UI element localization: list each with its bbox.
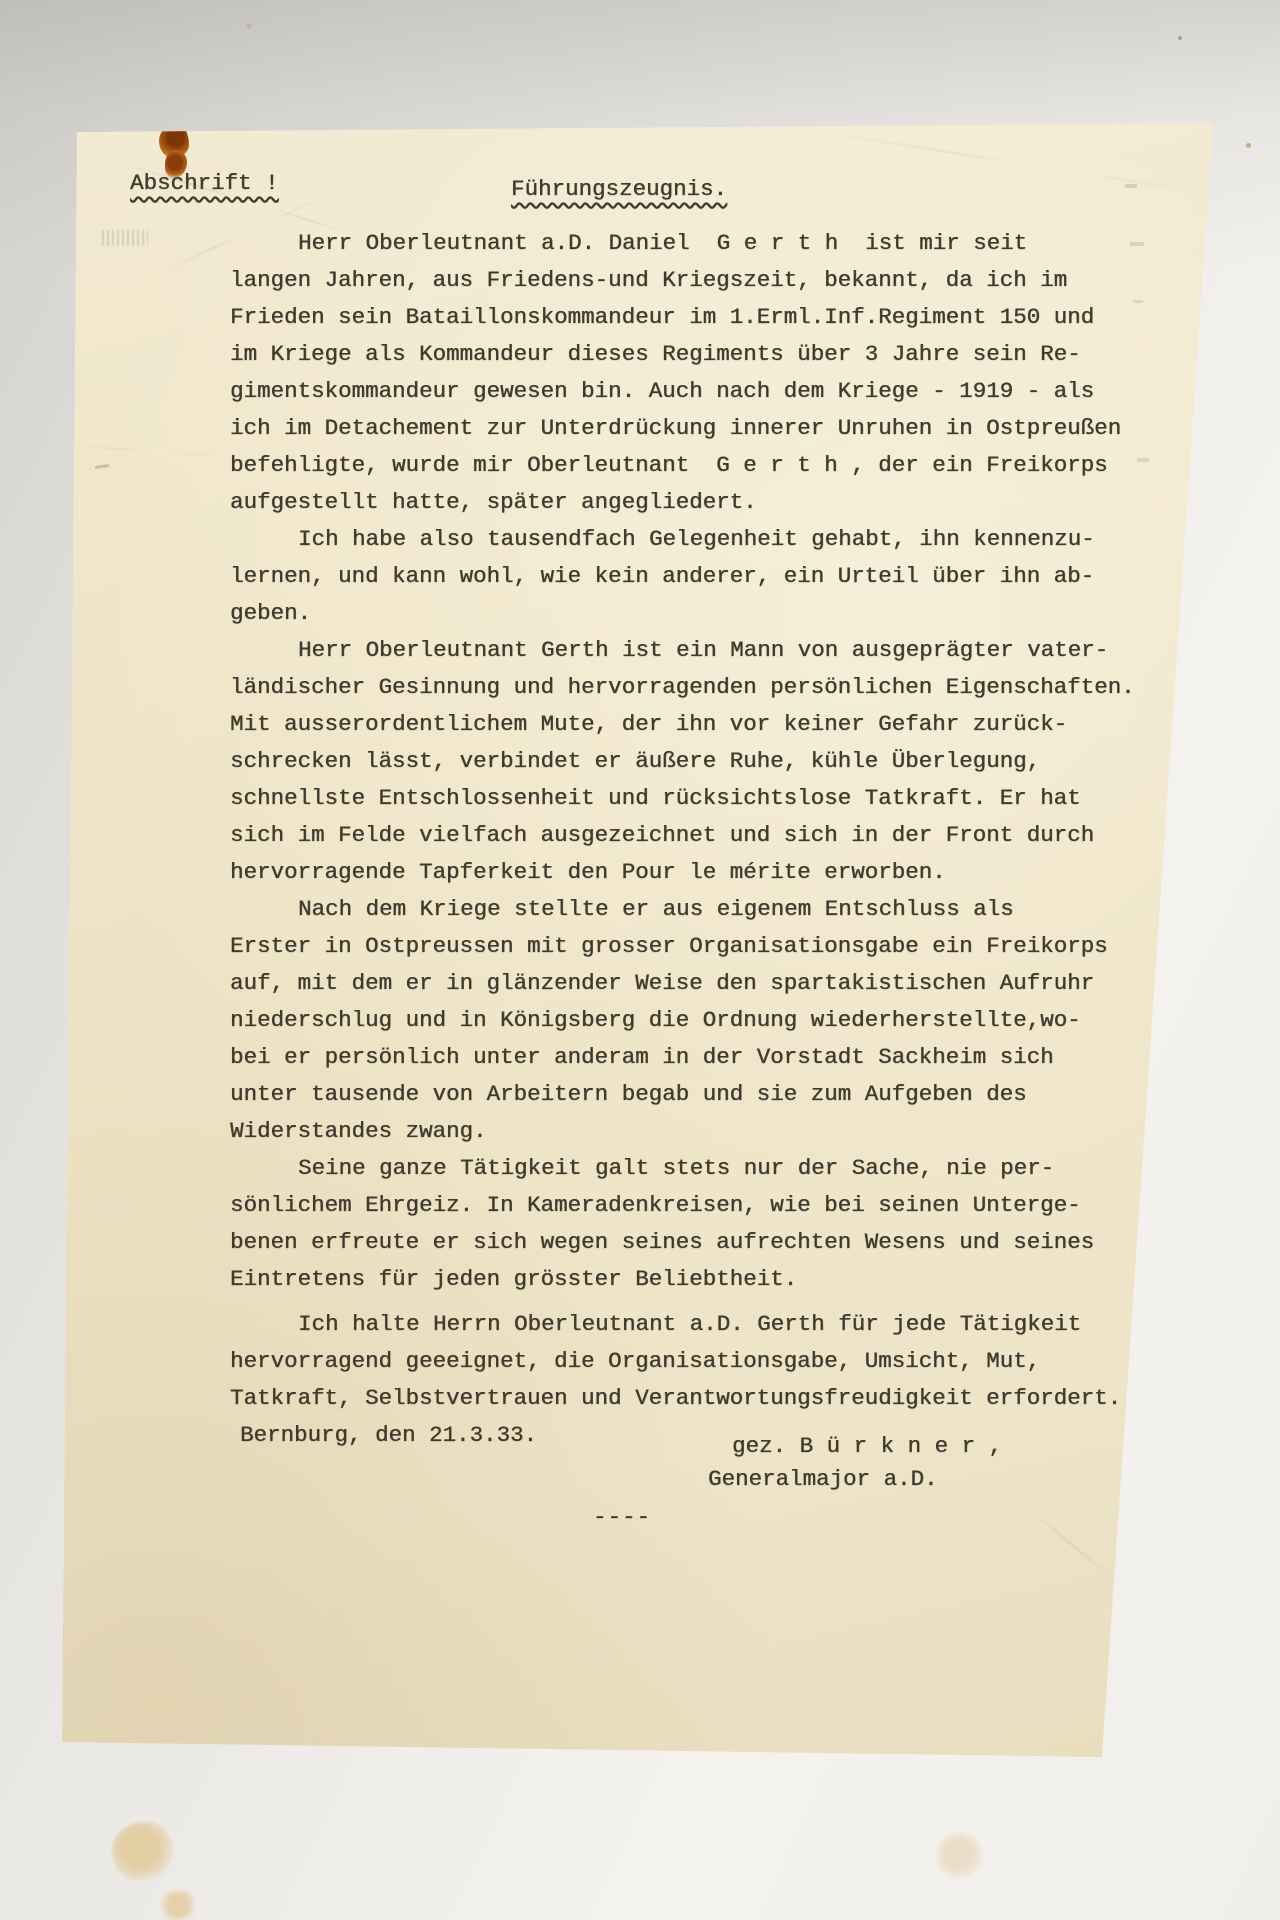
document-page: Abschrift ! Führungszeugnis. Herr Oberle… (62, 120, 1216, 1759)
paragraph: Ich habe also tausendfach Gelegenheit ge… (230, 521, 1190, 632)
text-line: schnellste Entschlossenheit und rücksich… (230, 780, 1190, 817)
text-line: hervorragende Tapferkeit den Pour le mér… (230, 854, 1190, 891)
text-line: niederschlug und in Königsberg die Ordnu… (230, 1002, 1190, 1039)
margin-mark (1125, 184, 1137, 188)
document-body: Herr Oberleutnant a.D. Daniel G e r t h … (230, 225, 1190, 1717)
paragraph: Nach dem Kriege stellte er aus eigenem E… (230, 891, 1190, 1150)
text-line: bei er persönlich unter anderam in der V… (230, 1039, 1190, 1076)
text-line: Ich halte Herrn Oberleutnant a.D. Gerth … (230, 1306, 1190, 1343)
dust-speck (1178, 36, 1182, 40)
text-line: ländischer Gesinnung und hervorragenden … (230, 669, 1190, 706)
text-line: langen Jahren, aus Friedens-und Kriegsze… (230, 262, 1190, 299)
paragraph: Herr Oberleutnant Gerth ist ein Mann von… (230, 632, 1190, 891)
text-line: Erster in Ostpreussen mit grosser Organi… (230, 928, 1190, 965)
backing-sheet-stain (935, 1832, 983, 1878)
document-title: Führungszeugnis. (511, 176, 727, 202)
scan-background: Abschrift ! Führungszeugnis. Herr Oberle… (0, 0, 1280, 1920)
ink-smudge (102, 230, 148, 246)
text-line: sich im Felde vielfach ausgezeichnet und… (230, 817, 1190, 854)
text-line: hervorragend geeeignet, die Organisation… (230, 1343, 1190, 1380)
text-line: sönlichem Ehrgeiz. In Kameradenkreisen, … (230, 1187, 1190, 1224)
signature-name: gez. B ü r k n e r , (732, 1428, 1002, 1465)
crease-line (74, 445, 224, 457)
text-line: benen erfreute er sich wegen seines aufr… (230, 1224, 1190, 1261)
text-line: befehligte, wurde mir Oberleutnant G e r… (230, 447, 1190, 484)
text-line: Frieden sein Bataillonskommandeur im 1.E… (230, 299, 1190, 336)
dust-speck (1246, 143, 1251, 148)
text-line: Tatkraft, Selbstvertrauen und Verantwort… (230, 1380, 1190, 1417)
closing-block: Bernburg, den 21.3.33. gez. B ü r k n e … (230, 1417, 1190, 1717)
end-dashes: ---- (593, 1499, 651, 1536)
backing-sheet-stain (158, 1890, 198, 1920)
text-line: Herr Oberleutnant Gerth ist ein Mann von… (230, 632, 1190, 669)
text-line: Ich habe also tausendfach Gelegenheit ge… (230, 521, 1190, 558)
signature-title: Generalmajor a.D. (708, 1461, 938, 1498)
text-line: gimentskommandeur gewesen bin. Auch nach… (230, 373, 1190, 410)
text-line: schrecken lässt, verbindet er äußere Ruh… (230, 743, 1190, 780)
paragraph: Herr Oberleutnant a.D. Daniel G e r t h … (230, 225, 1190, 521)
text-line: Mit ausserordentlichem Mute, der ihn vor… (230, 706, 1190, 743)
text-line: unter tausende von Arbeitern begab und s… (230, 1076, 1190, 1113)
text-line: auf, mit dem er in glänzender Weise den … (230, 965, 1190, 1002)
crease-line (824, 132, 1210, 195)
backing-sheet-stain (112, 1822, 174, 1880)
dust-speck (246, 24, 252, 29)
paragraph: Seine ganze Tätigkeit galt stets nur der… (230, 1150, 1190, 1298)
text-line: Herr Oberleutnant a.D. Daniel G e r t h … (230, 225, 1190, 262)
place-date: Bernburg, den 21.3.33. (240, 1417, 537, 1454)
paragraph: Ich halte Herrn Oberleutnant a.D. Gerth … (230, 1306, 1190, 1417)
text-line: aufgestellt hatte, später angegliedert. (230, 484, 1190, 521)
text-line: Widerstandes zwang. (230, 1113, 1190, 1150)
text-line: Seine ganze Tätigkeit galt stets nur der… (230, 1150, 1190, 1187)
text-line: Eintretens für jeden grösster Beliebthei… (230, 1261, 1190, 1298)
text-line: Nach dem Kriege stellte er aus eigenem E… (230, 891, 1190, 928)
pencil-mark (95, 464, 109, 469)
text-line: geben. (230, 595, 1190, 632)
copy-label: Abschrift ! (130, 170, 279, 196)
text-line: lernen, und kann wohl, wie kein anderer,… (230, 558, 1190, 595)
text-line: im Kriege als Kommandeur dieses Regiment… (230, 336, 1190, 373)
text-line: ich im Detachement zur Unterdrückung inn… (230, 410, 1190, 447)
